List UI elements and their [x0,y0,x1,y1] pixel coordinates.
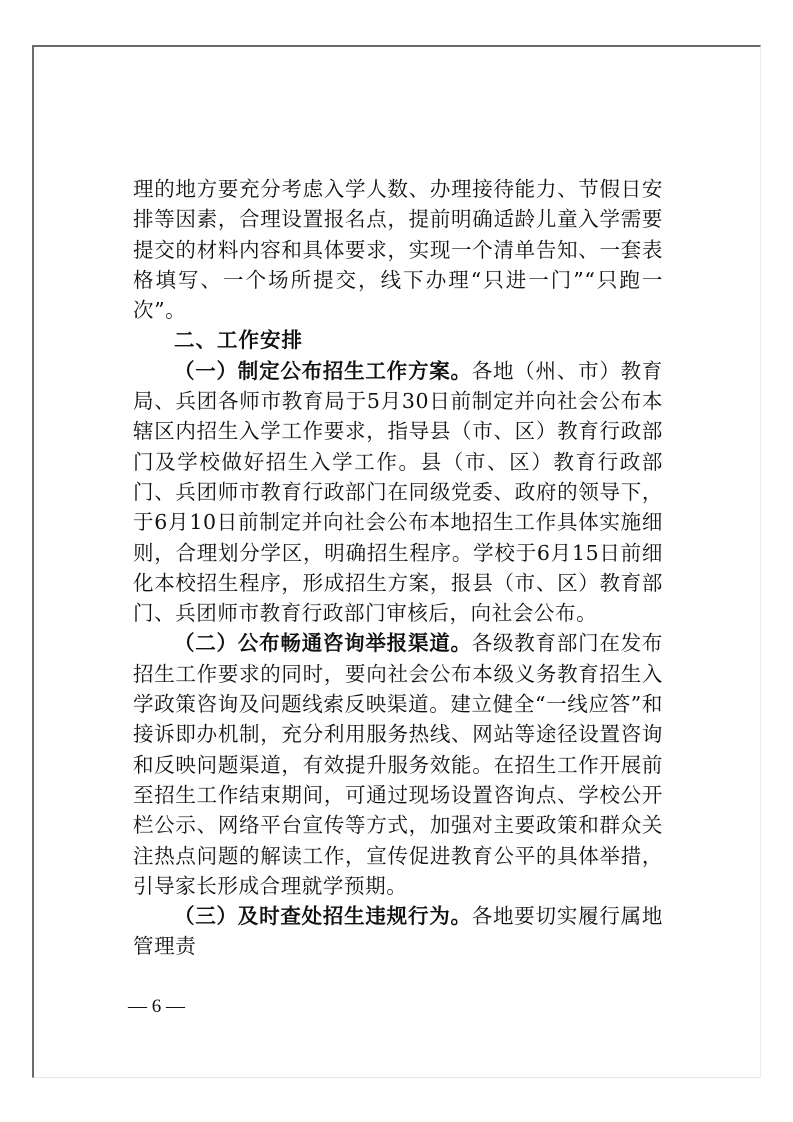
document-body: 理的地方要充分考虑入学人数、办理接待能力、节假日安排等因素，合理设置报名点，提前… [133,174,663,962]
paragraph-item-3: （三）及时查处招生违规行为。各地要切实履行属地管理责 [133,901,663,962]
page-number: — 6 — [128,996,185,1018]
paragraph-continuation: 理的地方要充分考虑入学人数、办理接待能力、节假日安排等因素，合理设置报名点，提前… [133,174,663,325]
item-lead: （一）制定公布招生工作方案。 [174,359,472,383]
item-lead: （三）及时查处招生违规行为。 [174,904,472,928]
item-text: 各地（州、市）教育局、兵团各师市教育局于5月30日前制定并向社会公布本辖区内招生… [133,359,663,625]
section-heading: 二、工作安排 [133,325,663,355]
item-text: 各级教育部门在发布招生工作要求的同时，要向社会公布本级义务教育招生入学政策咨询及… [133,631,663,897]
item-lead: （二）公布畅通咨询举报渠道。 [174,631,472,655]
paragraph-item-2: （二）公布畅通咨询举报渠道。各级教育部门在发布招生工作要求的同时，要向社会公布本… [133,628,663,901]
paragraph-item-1: （一）制定公布招生工作方案。各地（州、市）教育局、兵团各师市教育局于5月30日前… [133,356,663,629]
